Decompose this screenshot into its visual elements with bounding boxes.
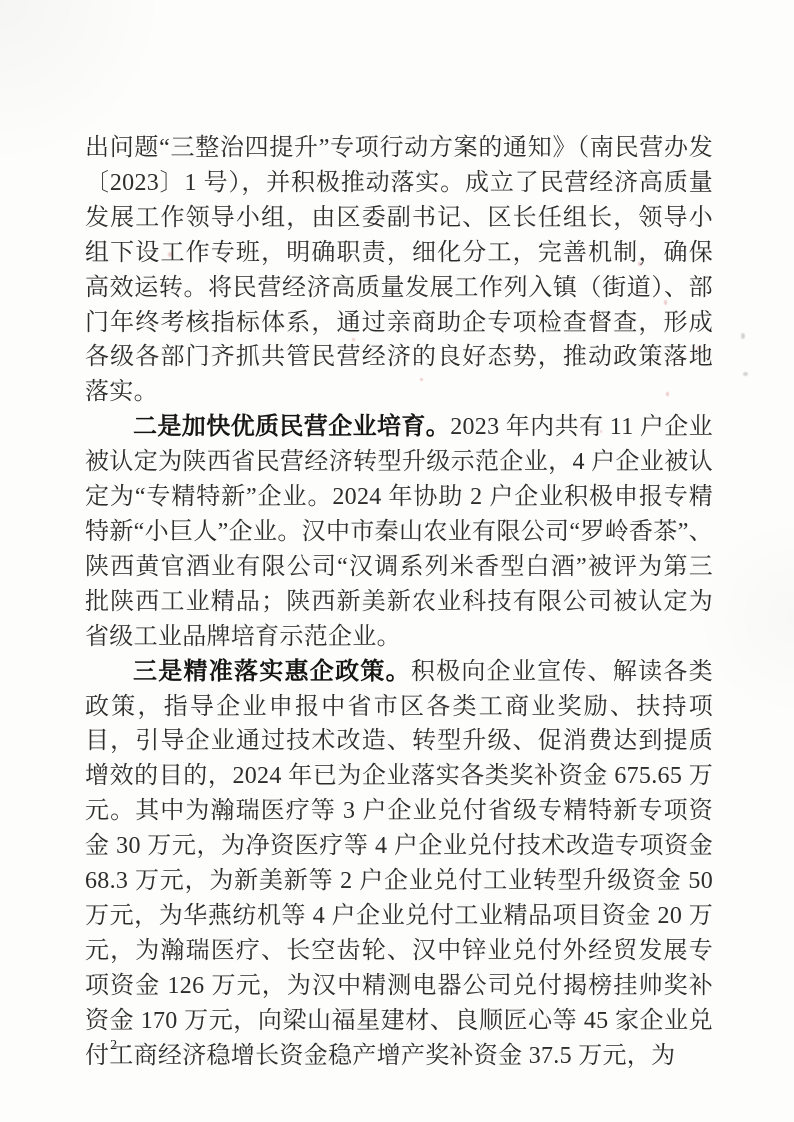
paragraph: 出问题“三整治四提升”专项行动方案的通知》（南民营办发〔2023〕1 号），并积… [85, 131, 713, 410]
paragraph: 二是加快优质民营企业培育。2023 年内共有 11 户企业被认定为陕西省民营经济… [85, 410, 713, 654]
paragraph-lead-bold: 二是加快优质民营企业培育。 [133, 414, 450, 440]
paragraph-text: 积极向企业宣传、解读各类政策，指导企业申报中省市区各类工商业奖励、扶持项目，引导… [85, 659, 713, 1069]
page-footer: - 2 - [96, 1038, 134, 1054]
document-body: 出问题“三整治四提升”专项行动方案的通知》（南民营办发〔2023〕1 号），并积… [85, 131, 713, 1073]
paragraph: 三是精准落实惠企政策。积极向企业宣传、解读各类政策，指导企业申报中省市区各类工商… [85, 655, 713, 1074]
paragraph-text: 出问题“三整治四提升”专项行动方案的通知》（南民营办发〔2023〕1 号），并积… [85, 135, 713, 405]
paragraph-lead-bold: 三是精准落实惠企政策。 [133, 659, 411, 685]
paragraph-text: 2023 年内共有 11 户企业被认定为陕西省民营经济转型升级示范企业，4 户企… [85, 414, 713, 649]
page-number: - 2 - [96, 1038, 134, 1053]
document-page: 出问题“三整治四提升”专项行动方案的通知》（南民营办发〔2023〕1 号），并积… [0, 0, 794, 1122]
